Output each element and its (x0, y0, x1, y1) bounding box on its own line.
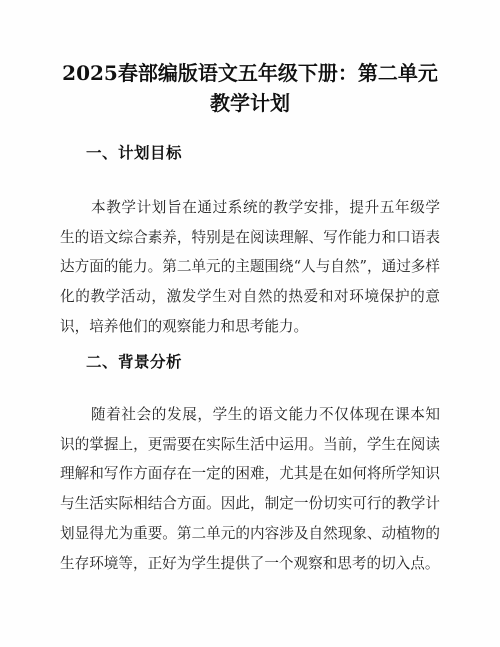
section-heading-plan-goals: 一、计划目标 (86, 143, 182, 163)
document-title: 2025春部编版语文五年级下册：第二单元教学计划 (60, 58, 440, 118)
section-paragraph-plan-goals: 本教学计划旨在通过系统的教学安排，提升五年级学生的语文综合素养，特别是在阅读理解… (60, 193, 440, 342)
section-paragraph-background-analysis: 随着社会的发展，学生的语文能力不仅体现在课本知识的掌握上，更需要在实际生活中运用… (60, 400, 440, 578)
section-heading-background-analysis: 二、背景分析 (86, 352, 182, 372)
document-page: 2025春部编版语文五年级下册：第二单元教学计划 一、计划目标 本教学计划旨在通… (0, 0, 500, 647)
